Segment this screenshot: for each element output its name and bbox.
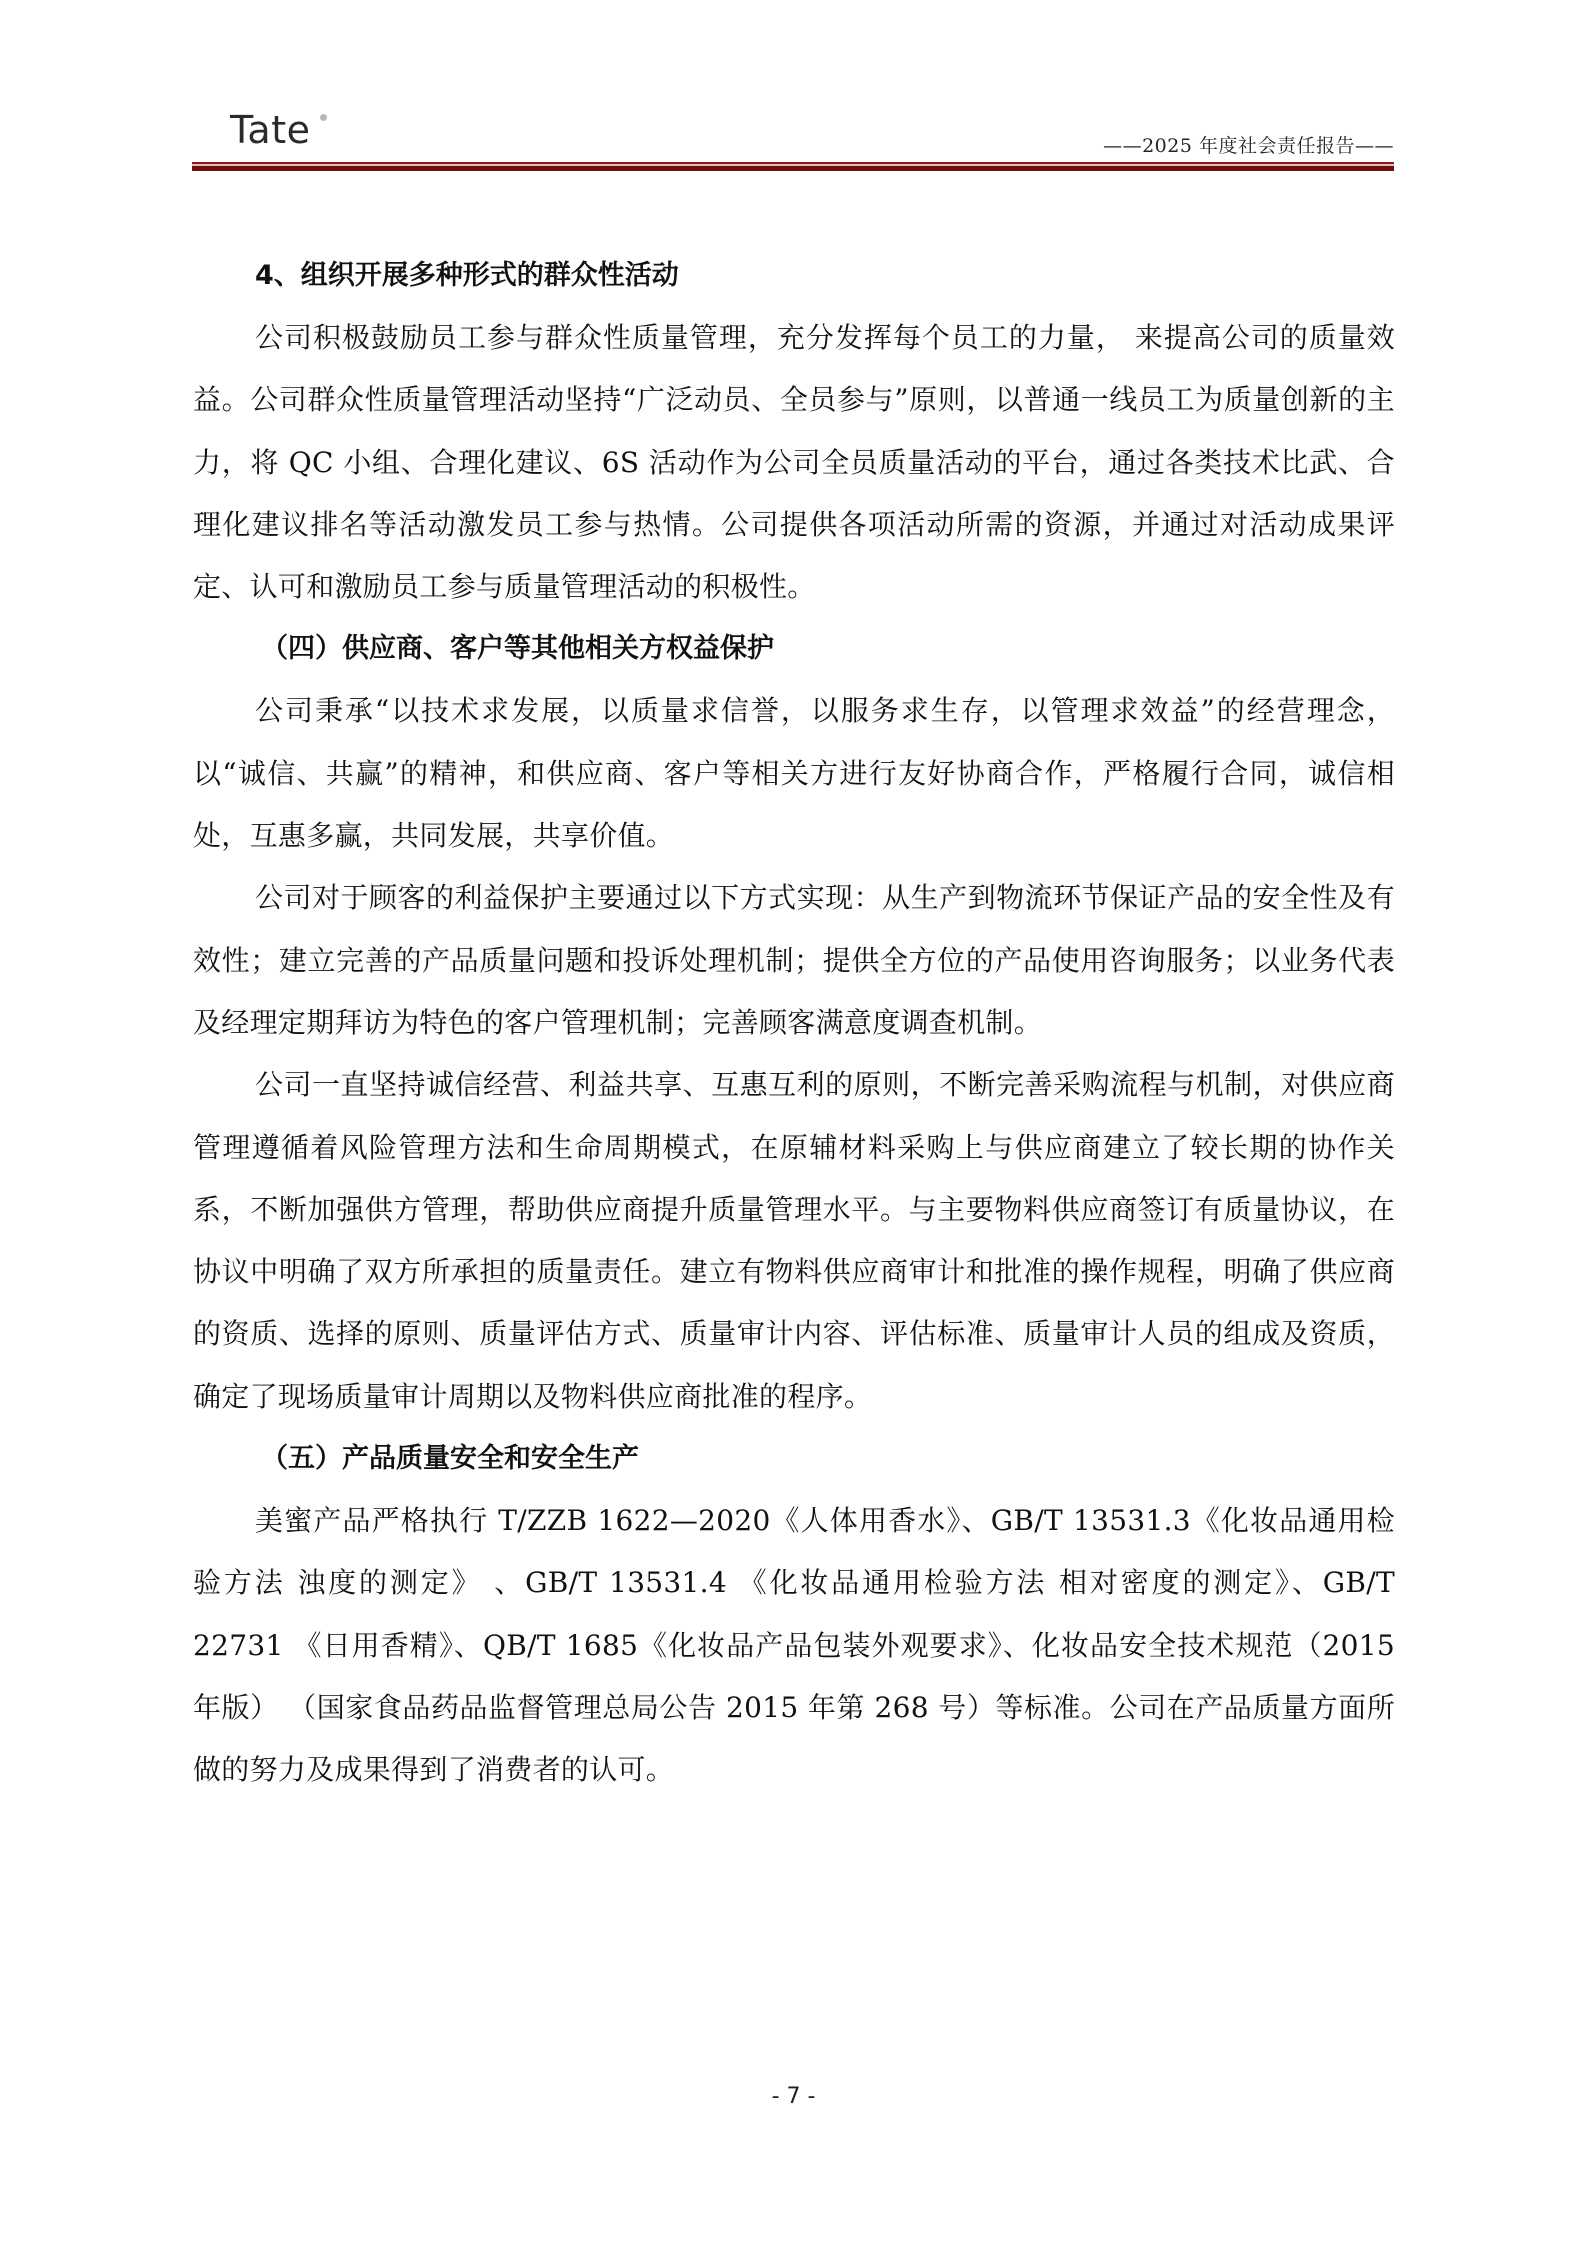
page-header: Tate ——2025 年度社会责任报告—— (192, 100, 1394, 180)
page-body: 4、组织开展多种形式的群众性活动 公司积极鼓励员工参与群众性质量管理，充分发挥每… (193, 245, 1395, 1802)
paragraph-mass-activities: 公司积极鼓励员工参与群众性质量管理，充分发挥每个员工的力量， 来提高公司的质量效… (193, 307, 1395, 618)
header-divider (192, 162, 1394, 173)
paragraph-supplier-management: 公司一直坚持诚信经营、利益共享、互惠互利的原则，不断完善采购流程与机制，对供应商… (193, 1054, 1395, 1428)
paragraph-quality-standards: 美蜜产品严格执行 T/ZZB 1622—2020《人体用香水》、GB/T 135… (193, 1490, 1395, 1801)
report-title: ——2025 年度社会责任报告—— (1103, 131, 1394, 158)
section-heading-product-safety: （五）产品质量安全和安全生产 (193, 1428, 1395, 1490)
section-heading-stakeholders: （四）供应商、客户等其他相关方权益保护 (193, 618, 1395, 680)
divider-thick-line (192, 166, 1394, 171)
subheading-mass-activities: 4、组织开展多种形式的群众性活动 (193, 245, 1395, 307)
paragraph-business-philosophy: 公司秉承“以技术求发展，以质量求信誉，以服务求生存，以管理求效益”的经营理念，以… (193, 680, 1395, 867)
paragraph-customer-protection: 公司对于顾客的利益保护主要通过以下方式实现：从生产到物流环节保证产品的安全性及有… (193, 867, 1395, 1054)
tate-logo: Tate (230, 108, 311, 152)
page-number: - 7 - (0, 2084, 1587, 2109)
registered-mark-icon (320, 114, 327, 121)
